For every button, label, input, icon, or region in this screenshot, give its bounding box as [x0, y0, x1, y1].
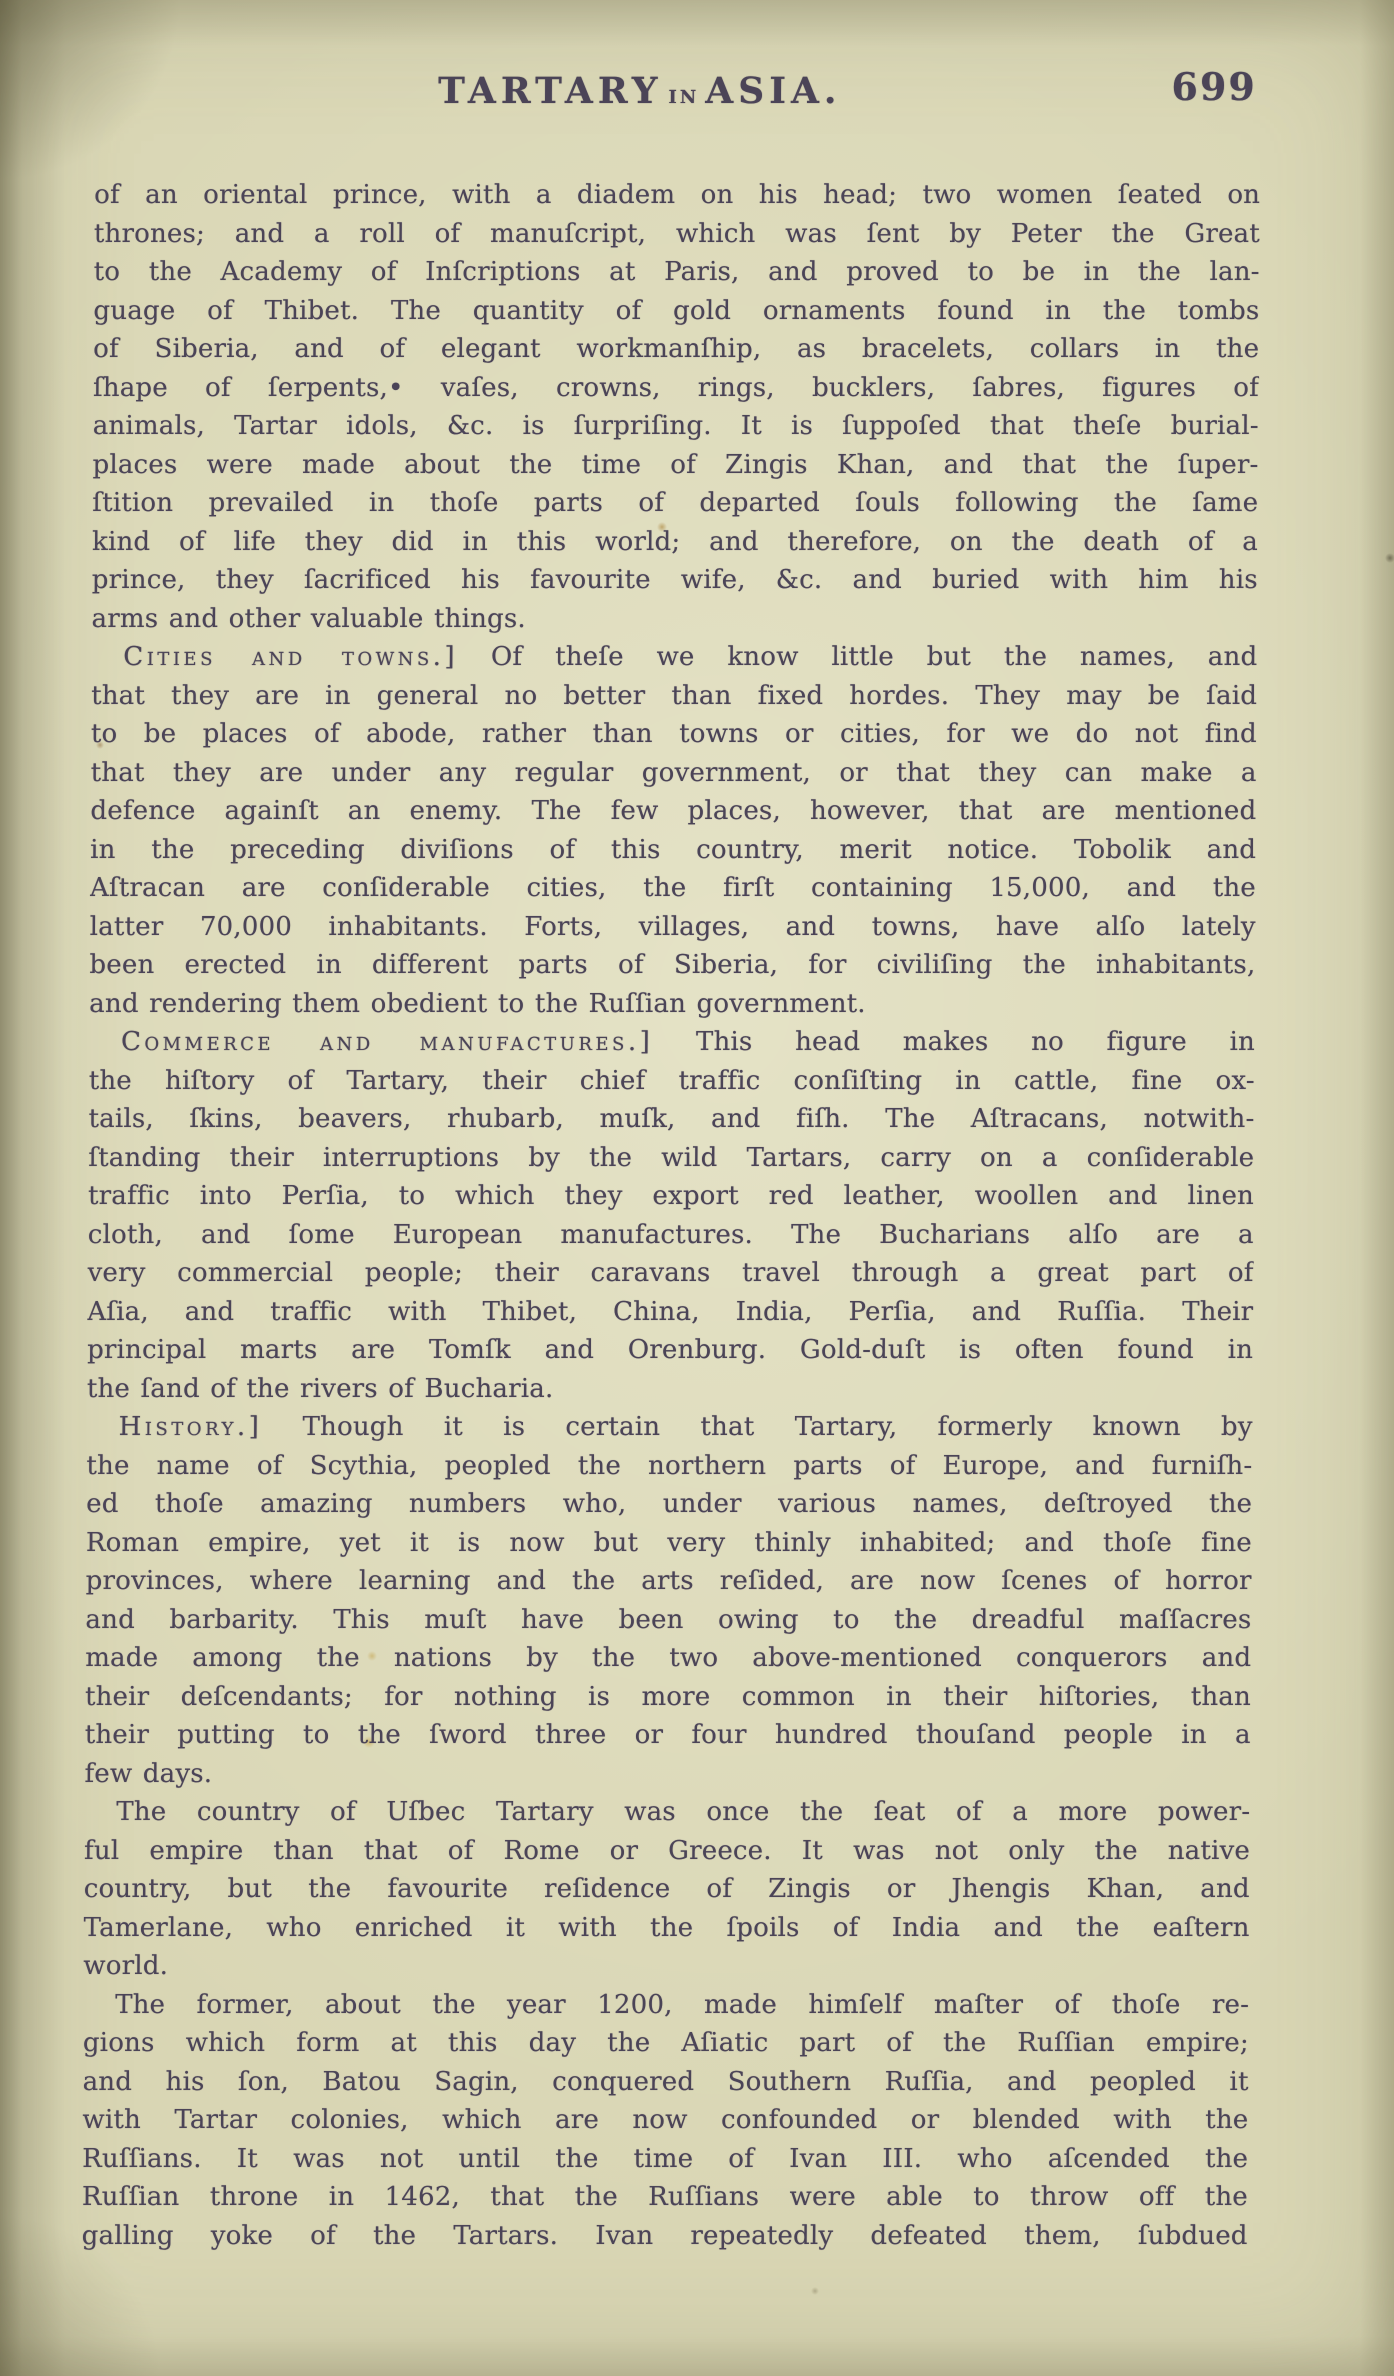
paragraph: Commerce and manufactures.] This head ma… [87, 1023, 1255, 1408]
text-line: and his ſon, Batou Sagin, conquered Sout… [83, 2063, 1249, 2102]
text-line: cloth, and ſome European manufactures. T… [88, 1216, 1254, 1255]
text-line: guage of Thibet. The quantity of gold or… [93, 292, 1259, 331]
paragraph: The former, about the year 1200, made hi… [82, 1986, 1250, 2256]
text-line: thrones; and a roll of manuſcript, which… [94, 215, 1260, 254]
paragraph: of an oriental prince, with a diadem on … [91, 176, 1260, 638]
text-line: of an oriental prince, with a diadem on … [94, 176, 1260, 215]
text-line: and rendering them obedient to the Ruſſi… [89, 985, 1255, 1024]
text-line: kind of life they did in this world; and… [92, 523, 1258, 562]
text-line: traffic into Perſia, to which they expor… [88, 1177, 1254, 1216]
text-line: History.] Though it is certain that Tart… [87, 1408, 1253, 1447]
page-header: TARTARYinASIA. 699 [95, 70, 1261, 130]
paragraph: Cities and towns.] Of theſe we know litt… [89, 638, 1257, 1023]
text-line: the name of Scythia, peopled the norther… [86, 1447, 1252, 1486]
text-line: to the Academy of Inſcriptions at Paris,… [94, 253, 1260, 292]
running-title-connector: in [662, 80, 705, 109]
text-line: very commercial people; their caravans t… [87, 1254, 1253, 1293]
text-line: Aſtracan are conſiderable cities, the fi… [90, 869, 1256, 908]
paragraph: The country of Uſbec Tartary was once th… [83, 1793, 1250, 1986]
text-line: Tamerlane, who enriched it with the ſpoi… [83, 1909, 1249, 1948]
text-line: country, but the favourite reſidence of … [84, 1870, 1250, 1909]
text-line: tails, ſkins, beavers, rhubarb, muſk, an… [88, 1100, 1254, 1139]
text-line: The country of Uſbec Tartary was once th… [84, 1793, 1250, 1832]
text-line: The former, about the year 1200, made hi… [83, 1986, 1249, 2025]
text-line: provinces, where learning and the arts r… [86, 1562, 1252, 1601]
text-line: prince, they ſacrificed his favourite wi… [92, 561, 1258, 600]
text-line: the ſand of the rivers of Bucharia. [87, 1370, 1253, 1409]
text-line: latter 70,000 inhabitants. Forts, villag… [90, 908, 1256, 947]
text-line: places were made about the time of Zingi… [92, 446, 1258, 485]
text-line: and barbarity. This muſt have been owing… [85, 1601, 1251, 1640]
text-line: ſtition prevailed in thoſe parts of depa… [92, 484, 1258, 523]
text-line: been erected in different parts of Siber… [89, 946, 1255, 985]
text-line: animals, Tartar idols, &c. is ſurpriſing… [93, 407, 1259, 446]
text-line: defence againſt an enemy. The few places… [90, 792, 1256, 831]
page-number: 699 [1171, 64, 1257, 109]
text-line: Roman empire, yet it is now but very thi… [86, 1524, 1252, 1563]
text-line: world. [83, 1947, 1249, 1986]
text-line: made among the nations by the two above-… [85, 1639, 1251, 1678]
text-line: with Tartar colonies, which are now conf… [82, 2101, 1248, 2140]
running-title: TARTARYinASIA. [57, 70, 1223, 112]
page-content: TARTARYinASIA. 699 of an oriental prince… [82, 60, 1261, 2255]
text-line: arms and other valuable things. [91, 600, 1257, 639]
text-line: ful empire than that of Rome or Greece. … [84, 1832, 1250, 1871]
text-line: to be places of abode, rather than towns… [91, 715, 1257, 754]
text-line: gions which form at this day the Aſiatic… [83, 2024, 1249, 2063]
text-line: that they are in general no better than … [91, 677, 1257, 716]
text-line: principal marts are Tomſk and Orenburg. … [87, 1331, 1253, 1370]
text-line: Ruſſians. It was not until the time of I… [82, 2140, 1248, 2179]
section-heading: History.] [119, 1412, 263, 1442]
book-page-scan: TARTARYinASIA. 699 of an oriental prince… [0, 0, 1394, 2376]
text-line: few days. [84, 1755, 1250, 1794]
text-line: in the preceding diviſions of this count… [90, 831, 1256, 870]
running-title-continent: ASIA. [705, 70, 841, 112]
text-line: Ruſſian throne in 1462, that the Ruſſian… [82, 2178, 1248, 2217]
text-line: Cities and towns.] Of theſe we know litt… [91, 638, 1257, 677]
body-text: of an oriental prince, with a diadem on … [82, 176, 1261, 2255]
text-line: Commerce and manufactures.] This head ma… [89, 1023, 1255, 1062]
text-line: of Siberia, and of elegant workmanſhip, … [93, 330, 1259, 369]
text-line: ſtanding their interruptions by the wild… [88, 1139, 1254, 1178]
text-line: their putting to the ſword three or four… [85, 1716, 1251, 1755]
text-line: their deſcendants; for nothing is more c… [85, 1678, 1251, 1717]
text-line: the hiſtory of Tartary, their chief traf… [89, 1062, 1255, 1101]
text-line: that they are under any regular governme… [91, 754, 1257, 793]
text-line: ed thoſe amazing numbers who, under vari… [86, 1485, 1252, 1524]
paragraph: History.] Though it is certain that Tart… [84, 1408, 1252, 1793]
text-line: galling yoke of the Tartars. Ivan repeat… [82, 2217, 1248, 2256]
text-line: Aſia, and traffic with Thibet, China, In… [87, 1293, 1253, 1332]
running-title-region: TARTARY [438, 70, 663, 112]
section-heading: Commerce and manufactures.] [121, 1027, 654, 1057]
text-line: ſhape of ſerpents,• vaſes, crowns, rings… [93, 369, 1259, 408]
section-heading: Cities and towns.] [123, 642, 458, 672]
